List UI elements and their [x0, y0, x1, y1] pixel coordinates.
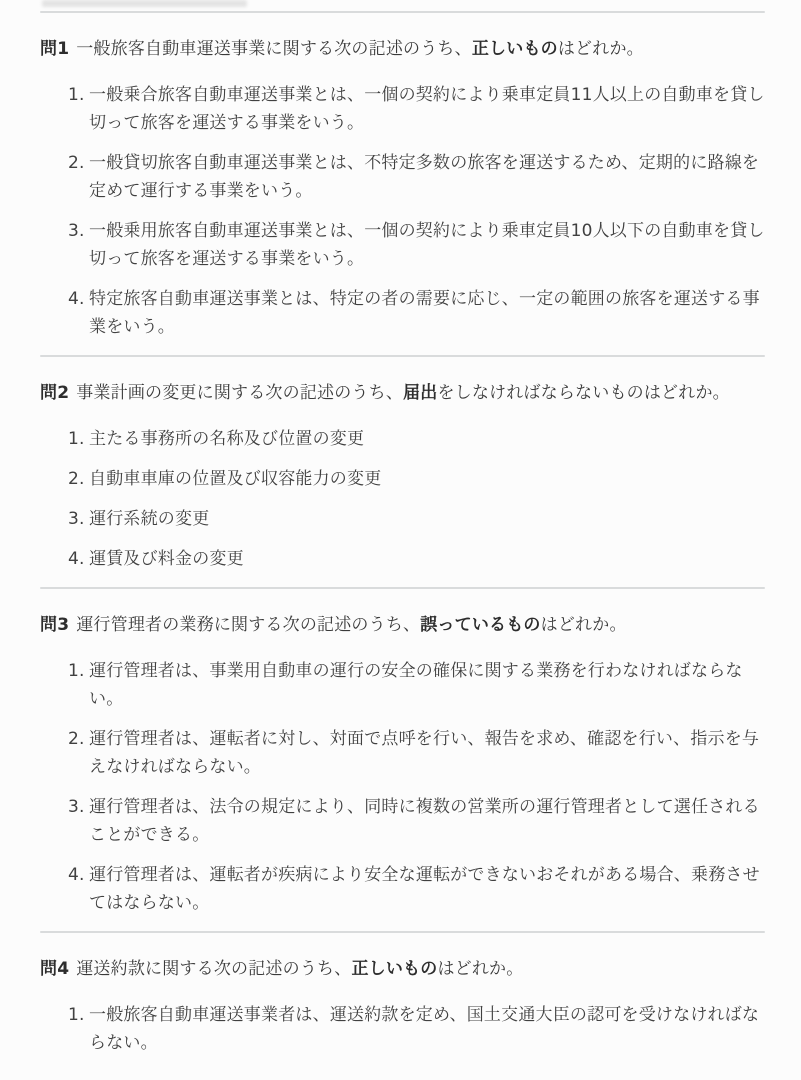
option-item: 2. 運行管理者は、運転者に対し、対面で点呼を行い、報告を求め、確認を行い、指示…: [68, 725, 765, 781]
question-emphasis: 誤っているもの: [420, 615, 540, 635]
option-text: 運行系統の変更: [89, 505, 765, 533]
option-number: 1.: [68, 425, 88, 453]
option-text: 運行管理者は、事業用自動車の運行の安全の確保に関する業務を行わなければならない。: [89, 657, 765, 713]
option-number: 3.: [68, 505, 88, 533]
option-text: 運行管理者は、運転者が疾病により安全な運転ができないおそれがある場合、乗務させて…: [89, 861, 765, 917]
section-divider: [40, 355, 765, 357]
question-list: 問1一般旅客自動車運送事業に関する次の記述のうち、正しいものはどれか。 1. 一…: [40, 11, 765, 1071]
option-number: 1.: [68, 657, 88, 685]
option-item: 3. 運行系統の変更: [68, 505, 765, 533]
option-text: 主たる事務所の名称及び位置の変更: [89, 425, 765, 453]
section-divider: [40, 587, 765, 589]
question-text-before: 運行管理者の業務に関する次の記述のうち、: [76, 615, 420, 635]
option-item: 2. 一般貸切旅客自動車運送事業とは、不特定多数の旅客を運送するため、定期的に路…: [68, 149, 765, 205]
question-heading: 問2事業計画の変更に関する次の記述のうち、届出をしなければならないものはどれか。: [40, 379, 765, 407]
option-item: 1. 一般旅客自動車運送事業者は、運送約款を定め、国土交通大臣の認可を受けなけれ…: [68, 1001, 765, 1057]
option-number: 4.: [68, 285, 88, 313]
question-text-before: 運送約款に関する次の記述のうち、: [76, 959, 351, 979]
question-section: 問1一般旅客自動車運送事業に関する次の記述のうち、正しいものはどれか。 1. 一…: [40, 11, 765, 355]
question-number: 問3: [40, 615, 69, 635]
option-text: 一般乗合旅客自動車運送事業とは、一個の契約により乗車定員11人以上の自動車を貸し…: [89, 81, 765, 137]
question-text-after: をしなければならないものはどれか。: [437, 383, 729, 403]
option-list: 1. 運行管理者は、事業用自動車の運行の安全の確保に関する業務を行わなければなら…: [40, 657, 765, 917]
option-number: 4.: [68, 545, 88, 573]
question-number: 問1: [40, 39, 69, 59]
option-item: 3. 一般乗用旅客自動車運送事業とは、一個の契約により乗車定員10人以下の自動車…: [68, 217, 765, 273]
option-text: 運賃及び料金の変更: [89, 545, 765, 573]
question-text-before: 一般旅客自動車運送事業に関する次の記述のうち、: [76, 39, 472, 59]
option-item: 1. 運行管理者は、事業用自動車の運行の安全の確保に関する業務を行わなければなら…: [68, 657, 765, 713]
question-section: 問2事業計画の変更に関する次の記述のうち、届出をしなければならないものはどれか。…: [40, 355, 765, 587]
option-item: 4. 特定旅客自動車運送事業とは、特定の者の需要に応じ、一定の範囲の旅客を運送す…: [68, 285, 765, 341]
exam-question-page: 問1一般旅客自動車運送事業に関する次の記述のうち、正しいものはどれか。 1. 一…: [0, 0, 801, 1080]
question-heading: 問1一般旅客自動車運送事業に関する次の記述のうち、正しいものはどれか。: [40, 35, 765, 63]
section-divider: [40, 11, 765, 13]
question-emphasis: 正しいもの: [472, 39, 558, 59]
option-text: 自動車車庫の位置及び収容能力の変更: [89, 465, 765, 493]
option-number: 2.: [68, 149, 88, 177]
option-number: 1.: [68, 81, 88, 109]
option-number: 3.: [68, 793, 88, 821]
option-number: 2.: [68, 725, 88, 753]
option-text: 運行管理者は、運転者に対し、対面で点呼を行い、報告を求め、確認を行い、指示を与え…: [89, 725, 765, 781]
option-number: 4.: [68, 861, 88, 889]
question-emphasis: 届出: [403, 383, 437, 403]
option-text: 運行管理者は、法令の規定により、同時に複数の営業所の運行管理者として選任されるこ…: [89, 793, 765, 849]
question-text-after: はどれか。: [541, 615, 627, 635]
option-list: 1. 主たる事務所の名称及び位置の変更 2. 自動車車庫の位置及び収容能力の変更…: [40, 425, 765, 573]
option-item: 1. 一般乗合旅客自動車運送事業とは、一個の契約により乗車定員11人以上の自動車…: [68, 81, 765, 137]
question-heading: 問4運送約款に関する次の記述のうち、正しいものはどれか。: [40, 955, 765, 983]
option-item: 4. 運行管理者は、運転者が疾病により安全な運転ができないおそれがある場合、乗務…: [68, 861, 765, 917]
option-list: 1. 一般乗合旅客自動車運送事業とは、一個の契約により乗車定員11人以上の自動車…: [40, 81, 765, 341]
option-item: 4. 運賃及び料金の変更: [68, 545, 765, 573]
option-list: 1. 一般旅客自動車運送事業者は、運送約款を定め、国土交通大臣の認可を受けなけれ…: [40, 1001, 765, 1057]
option-text: 一般旅客自動車運送事業者は、運送約款を定め、国土交通大臣の認可を受けなければなら…: [89, 1001, 765, 1057]
question-heading: 問3運行管理者の業務に関する次の記述のうち、誤っているものはどれか。: [40, 611, 765, 639]
option-item: 3. 運行管理者は、法令の規定により、同時に複数の営業所の運行管理者として選任さ…: [68, 793, 765, 849]
option-item: 1. 主たる事務所の名称及び位置の変更: [68, 425, 765, 453]
option-number: 3.: [68, 217, 88, 245]
option-number: 2.: [68, 465, 88, 493]
question-number: 問4: [40, 959, 69, 979]
question-section: 問4運送約款に関する次の記述のうち、正しいものはどれか。 1. 一般旅客自動車運…: [40, 931, 765, 1071]
option-number: 1.: [68, 1001, 88, 1029]
option-item: 2. 自動車車庫の位置及び収容能力の変更: [68, 465, 765, 493]
question-text-after: はどれか。: [558, 39, 644, 59]
option-text: 特定旅客自動車運送事業とは、特定の者の需要に応じ、一定の範囲の旅客を運送する事業…: [89, 285, 765, 341]
clipped-heading-remnant: [42, 0, 247, 7]
option-text: 一般乗用旅客自動車運送事業とは、一個の契約により乗車定員10人以下の自動車を貸し…: [89, 217, 765, 273]
question-section: 問3運行管理者の業務に関する次の記述のうち、誤っているものはどれか。 1. 運行…: [40, 587, 765, 931]
question-text-before: 事業計画の変更に関する次の記述のうち、: [76, 383, 403, 403]
question-number: 問2: [40, 383, 69, 403]
question-text-after: はどれか。: [437, 959, 523, 979]
option-text: 一般貸切旅客自動車運送事業とは、不特定多数の旅客を運送するため、定期的に路線を定…: [89, 149, 765, 205]
section-divider: [40, 931, 765, 933]
question-emphasis: 正しいもの: [351, 959, 437, 979]
